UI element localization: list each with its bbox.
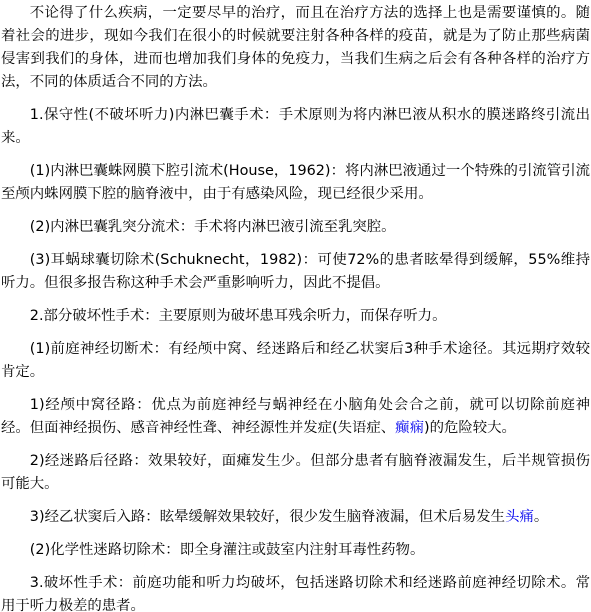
paragraph-item-2-1-vestibular-neurectomy: (1)前庭神经切断术：有经颅中窝、经迷路后和经乙状窦后3种手术途径。其远期疗效较… [1,338,590,384]
text-run: (1)内淋巴囊蛛网膜下腔引流术(House，1962)：将内淋巴液通过一个特殊的… [1,163,590,202]
paragraph-item-3-destructive-surgery: 3.破坏性手术：前庭功能和听力均破坏，包括迷路切除术和经迷路前庭神经切除术。常用… [1,572,590,612]
paragraph-item-2-1-1-middle-fossa-approach: 1)经颅中窝径路：优点为前庭神经与蜗神经在小脑角处会合之前，就可以切除前庭神经。… [1,394,590,440]
text-run: 3.破坏性手术：前庭功能和听力均破坏，包括迷路切除术和经迷路前庭神经切除术。常用… [1,575,590,612]
text-run: (3)耳蜗球囊切除术(Schuknecht，1982)：可使72%的患者眩晕得到… [1,252,590,291]
link-headache[interactable]: 头痛 [505,509,534,525]
paragraph-item-2-2-chemical-labyrinthectomy: (2)化学性迷路切除术：即全身灌注或鼓室内注射耳毒性药物。 [1,539,590,562]
paragraph-item-1-2-mastoid-shunt: (2)内淋巴囊乳突分流术：手术将内淋巴液引流至乳突腔。 [1,216,590,239]
paragraph-item-2-1-2-retrolabyrinthine-approach: 2)经迷路后径路：效果较好，面瘫发生少。但部分患者有脑脊液漏发生，后半规管损伤可… [1,450,590,496]
text-run: (2)化学性迷路切除术：即全身灌注或鼓室内注射耳毒性药物。 [30,542,425,558]
text-run: (2)内淋巴囊乳突分流术：手术将内淋巴液引流至乳突腔。 [30,219,396,235]
text-run: )的危险较大。 [424,420,516,436]
text-run: 不论得了什么疾病，一定要尽早的治疗，而且在治疗方法的选择上也是需要谨慎的。随着社… [1,5,590,90]
text-run: 1.保守性(不破坏听力)内淋巴囊手术：手术原则为将内淋巴液从积水的膜迷路终引流出… [1,107,590,146]
paragraph-item-2-partial-destructive-surgery: 2.部分破坏性手术：主要原则为破坏患耳残余听力，而保存听力。 [1,305,590,328]
text-run: (1)前庭神经切断术：有经颅中窝、经迷路后和经乙状窦后3种手术途径。其远期疗效较… [1,341,590,380]
paragraph-item-1-conservative-surgery: 1.保守性(不破坏听力)内淋巴囊手术：手术原则为将内淋巴液从积水的膜迷路终引流出… [1,104,590,150]
paragraph-item-2-1-3-retrosigmoid-approach: 3)经乙状窦后入路：眩晕缓解效果较好，很少发生脑脊液漏，但术后易发生头痛。 [1,506,590,529]
text-run: 。 [534,509,548,525]
text-run: 3)经乙状窦后入路：眩晕缓解效果较好，很少发生脑脊液漏，但术后易发生 [30,509,505,525]
paragraph-item-1-3-cochleosacculotomy: (3)耳蜗球囊切除术(Schuknecht，1982)：可使72%的患者眩晕得到… [1,249,590,295]
paragraph-item-1-1-subarachnoid-shunt: (1)内淋巴囊蛛网膜下腔引流术(House，1962)：将内淋巴液通过一个特殊的… [1,160,590,206]
text-run: 2.部分破坏性手术：主要原则为破坏患耳残余听力，而保存听力。 [30,308,447,324]
paragraph-intro: 不论得了什么疾病，一定要尽早的治疗，而且在治疗方法的选择上也是需要谨慎的。随着社… [1,2,590,94]
text-run: 2)经迷路后径路：效果较好，面瘫发生少。但部分患者有脑脊液漏发生，后半规管损伤可… [1,453,590,492]
article-body: 不论得了什么疾病，一定要尽早的治疗，而且在治疗方法的选择上也是需要谨慎的。随着社… [0,0,591,612]
link-epilepsy[interactable]: 癫痫 [395,420,424,436]
